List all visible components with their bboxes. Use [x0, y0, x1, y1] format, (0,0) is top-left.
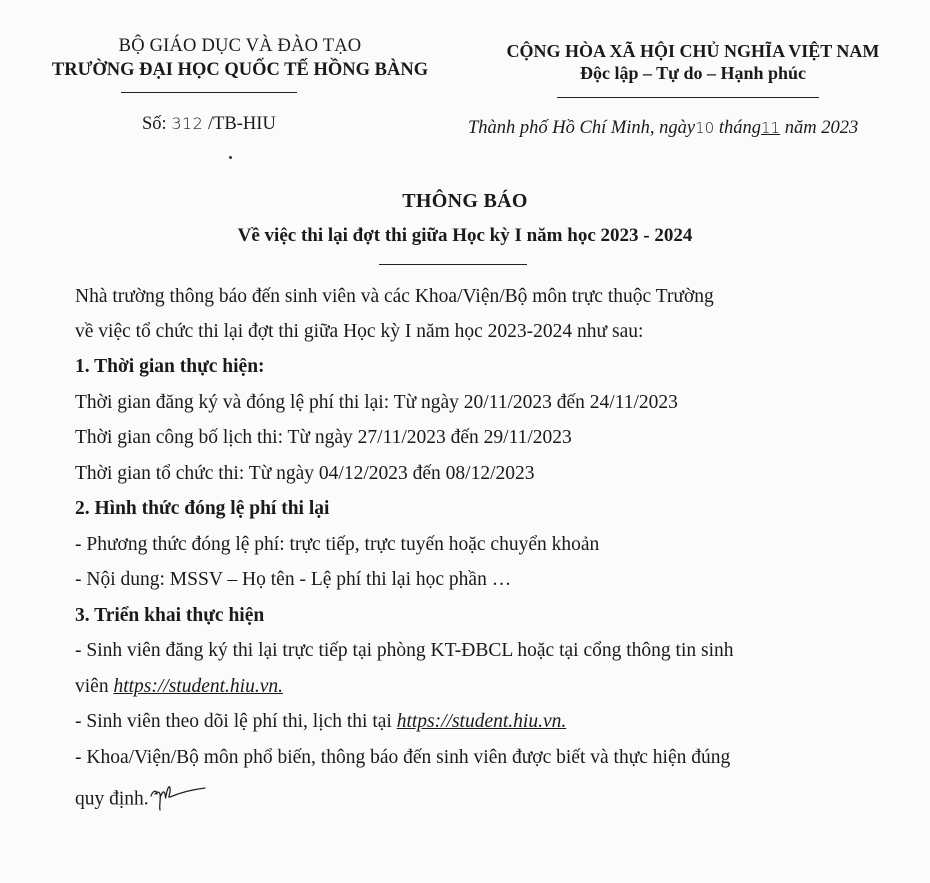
year-text: năm 2023: [780, 118, 858, 138]
document-title: THÔNG BÁO: [0, 190, 930, 213]
issuer-divider: [121, 92, 297, 93]
section-3-line: - Sinh viên đăng ký thi lại trực tiếp tạ…: [75, 640, 895, 662]
republic-name: CỘNG HÒA XÃ HỘI CHỦ NGHĨA VIỆT NAM: [478, 40, 908, 62]
section-3-line-prefix: viên: [75, 676, 113, 697]
issuer-header: BỘ GIÁO DỤC VÀ ĐÀO TẠO TRƯỜNG ĐẠI HỌC QU…: [20, 34, 460, 82]
university-name: TRƯỜNG ĐẠI HỌC QUỐC TẾ HỒNG BÀNG: [20, 58, 460, 82]
section-3-line: viên https://student.hiu.vn.: [75, 676, 895, 698]
day-handwritten: 10: [695, 119, 714, 137]
section-2-heading: 2. Hình thức đóng lệ phí thi lại: [75, 498, 895, 520]
intro-line-1: Nhà trường thông báo đến sinh viên và cá…: [75, 286, 895, 308]
place-prefix: Thành phố Hồ Chí Minh, ngày: [468, 118, 695, 138]
closing-text: quy định.: [75, 788, 149, 809]
national-header: CỘNG HÒA XÃ HỘI CHỦ NGHĨA VIỆT NAM Độc l…: [478, 40, 908, 84]
document-number-prefix: Số:: [142, 114, 167, 134]
student-portal-link[interactable]: https://student.hiu.vn.: [397, 711, 567, 732]
national-motto: Độc lập – Tự do – Hạnh phúc: [478, 62, 908, 84]
document-subtitle: Về việc thi lại đợt thi giữa Học kỳ I nă…: [0, 225, 930, 247]
section-2-line: - Phương thức đóng lệ phí: trực tiếp, tr…: [75, 534, 895, 556]
section-3-heading: 3. Triển khai thực hiện: [75, 605, 895, 627]
section-1-line: Thời gian đăng ký và đóng lệ phí thi lại…: [75, 392, 895, 414]
month-label: tháng: [714, 118, 761, 138]
section-3-line: - Khoa/Viện/Bộ môn phổ biến, thông báo đ…: [75, 747, 895, 769]
document-number-suffix: /TB-HIU: [208, 114, 276, 134]
section-3-line: quy định.: [75, 782, 895, 818]
title-divider: [379, 264, 527, 265]
student-portal-link[interactable]: https://student.hiu.vn.: [113, 676, 283, 697]
section-2-line: - Nội dung: MSSV – Họ tên - Lệ phí thi l…: [75, 569, 895, 591]
document-number-handwritten: 312: [171, 114, 203, 133]
motto-divider: [557, 97, 819, 98]
stray-dot: [229, 156, 232, 159]
ministry-name: BỘ GIÁO DỤC VÀ ĐÀO TẠO: [20, 34, 460, 58]
document-number: Số: 312 /TB-HIU: [142, 114, 276, 135]
section-3-line-prefix: - Sinh viên theo dõi lệ phí thi, lịch th…: [75, 711, 397, 732]
intro-line-2: về việc tổ chức thi lại đợt thi giữa Học…: [75, 321, 895, 343]
section-1-line: Thời gian công bố lịch thi: Từ ngày 27/1…: [75, 427, 895, 449]
section-1-line: Thời gian tổ chức thi: Từ ngày 04/12/202…: [75, 463, 895, 485]
month-handwritten: 11: [761, 119, 780, 137]
place-date: Thành phố Hồ Chí Minh, ngày10 tháng11 nă…: [468, 118, 858, 139]
section-1-heading: 1. Thời gian thực hiện:: [75, 356, 895, 378]
initials-signature-icon: [149, 782, 209, 818]
section-3-line: - Sinh viên theo dõi lệ phí thi, lịch th…: [75, 711, 895, 733]
